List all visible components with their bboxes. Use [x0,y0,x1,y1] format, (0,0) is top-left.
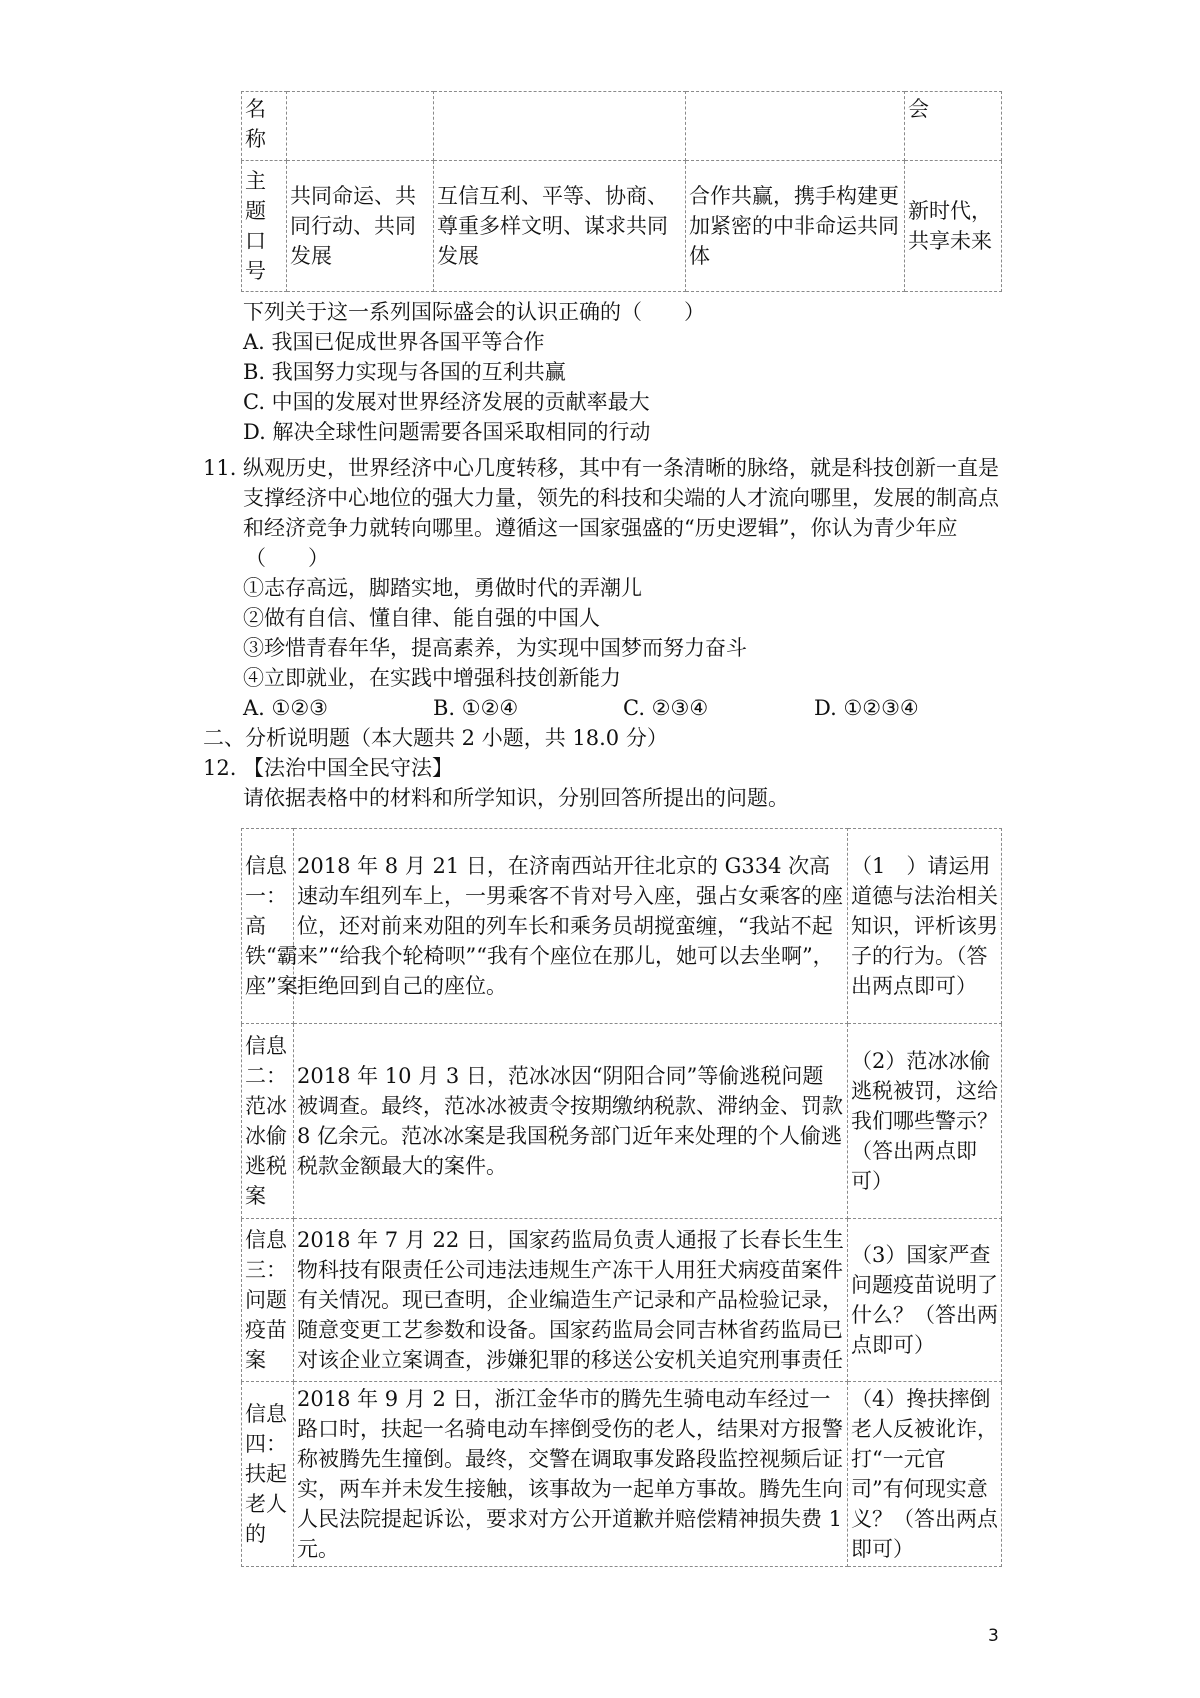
case-label: 信息四：扶起老人的 [242,1382,294,1567]
summit-table: 名称 会 主题口号 共同命运、共同行动、共同发展 互信互利、平等、协商、尊重多样… [241,91,1002,292]
q11-text-line: 支撑经济中心地位的强大力量，领先的科技和尖端的人才流向哪里，发展的制高点 [243,483,999,513]
q11-text-line: 纵观历史，世界经济中心几度转移，其中有一条清晰的脉络，就是科技创新一直是 [243,453,999,483]
case-row-4: 信息四：扶起老人的 2018 年 9 月 2 日，浙江金华市的腾先生骑电动车经过… [242,1382,1002,1567]
case-label: 信息二：范冰冰偷逃税案 [242,1024,294,1219]
summit-name-cell [287,92,434,161]
slogan-cell: 互信互利、平等、协商、尊重多样文明、谋求共同发展 [434,161,686,292]
q11-text-line: 和经济竞争力就转向哪里。遵循这一国家强盛的“历史逻辑”，你认为青少年应 [243,513,957,543]
q11-choices: A. ①②③ B. ①②④ C. ②③④ D. ①②③④ [243,693,1003,723]
case-question: （4）搀扶摔倒老人反被讹诈，打“一元官司”有何现实意义？（答出两点即可） [848,1382,1002,1567]
q11-choice-b: B. ①②④ [433,693,518,723]
q10-option-c: C. 中国的发展对世界经济发展的贡献率最大 [243,387,650,417]
case-row-2: 信息二：范冰冰偷逃税案 2018 年 10 月 3 日，范冰冰因“阴阳合同”等偷… [242,1024,1002,1219]
case-question: （2）范冰冰偷逃税被罚，这给我们哪些警示？（答出两点即可） [848,1024,1002,1219]
q11-statement-3: ③珍惜青春年华，提高素养，为实现中国梦而努力奋斗 [243,633,747,663]
slogan-cell: 共同命运、共同行动、共同发展 [287,161,434,292]
case-question: （3）国家严查问题疫苗说明了什么？（答出两点即可） [848,1219,1002,1382]
page-number: 3 [988,1626,999,1646]
case-row-3: 信息三：问题疫苗案 2018 年 7 月 22 日，国家药监局负责人通报了长春长… [242,1219,1002,1382]
q11-answer-blank: （ ） [245,543,329,573]
case-material: 2018 年 10 月 3 日，范冰冰因“阴阳合同”等偷逃税问题被调查。最终，范… [294,1024,848,1219]
q11-statement-1: ①志存高远，脚踏实地，勇做时代的弄潮儿 [243,573,642,603]
q11-statement-4: ④立即就业，在实践中增强科技创新能力 [243,663,621,693]
q11-choice-c: C. ②③④ [623,693,708,723]
case-label: 信息三：问题疫苗案 [242,1219,294,1382]
q10-stem: 下列关于这一系列国际盛会的认识正确的（ ） [243,297,705,327]
summit-name-cell: 会 [905,92,1002,161]
q10-option-d: D. 解决全球性问题需要各国采取相同的行动 [243,417,650,447]
case-table: 信息一：高铁“霸座”案 2018 年 8 月 21 日，在济南西站开往北京的 G… [241,828,1002,1567]
row-label-slogan: 主题口号 [242,161,287,292]
slogan-cell: 合作共赢，携手构建更加紧密的中非命运共同体 [686,161,905,292]
row-label-name: 名称 [242,92,287,161]
case-material: 2018 年 9 月 2 日，浙江金华市的腾先生骑电动车经过一路口时，扶起一名骑… [294,1382,848,1567]
section-2-title: 二、分析说明题（本大题共 2 小题，共 18.0 分） [203,723,668,753]
case-label: 信息一：高铁“霸座”案 [242,829,294,1024]
case-row-1: 信息一：高铁“霸座”案 2018 年 8 月 21 日，在济南西站开往北京的 G… [242,829,1002,1024]
q12-instruction: 请依据表格中的材料和所学知识，分别回答所提出的问题。 [243,783,789,813]
q12-number: 12. [203,753,236,783]
q11-statement-2: ②做有自信、懂自律、能自强的中国人 [243,603,600,633]
q11-choice-d: D. ①②③④ [814,693,919,723]
case-question: （1 ）请运用道德与法治相关知识，评析该男子的行为。（答出两点即可） [848,829,1002,1024]
summit-name-cell [434,92,686,161]
summit-slogan-row: 主题口号 共同命运、共同行动、共同发展 互信互利、平等、协商、尊重多样文明、谋求… [242,161,1002,292]
q11-number: 11. [203,453,236,483]
summit-name-row: 名称 会 [242,92,1002,161]
q11-choice-a: A. ①②③ [243,693,328,723]
case-material: 2018 年 7 月 22 日，国家药监局负责人通报了长春长生生物科技有限责任公… [294,1219,848,1382]
q10-option-a: A. 我国已促成世界各国平等合作 [243,327,545,357]
slogan-cell: 新时代，共享未来 [905,161,1002,292]
q12-topic: 【法治中国全民守法】 [243,753,453,783]
summit-name-cell [686,92,905,161]
case-material: 2018 年 8 月 21 日，在济南西站开往北京的 G334 次高速动车组列车… [294,829,848,1024]
q10-option-b: B. 我国努力实现与各国的互利共赢 [243,357,566,387]
